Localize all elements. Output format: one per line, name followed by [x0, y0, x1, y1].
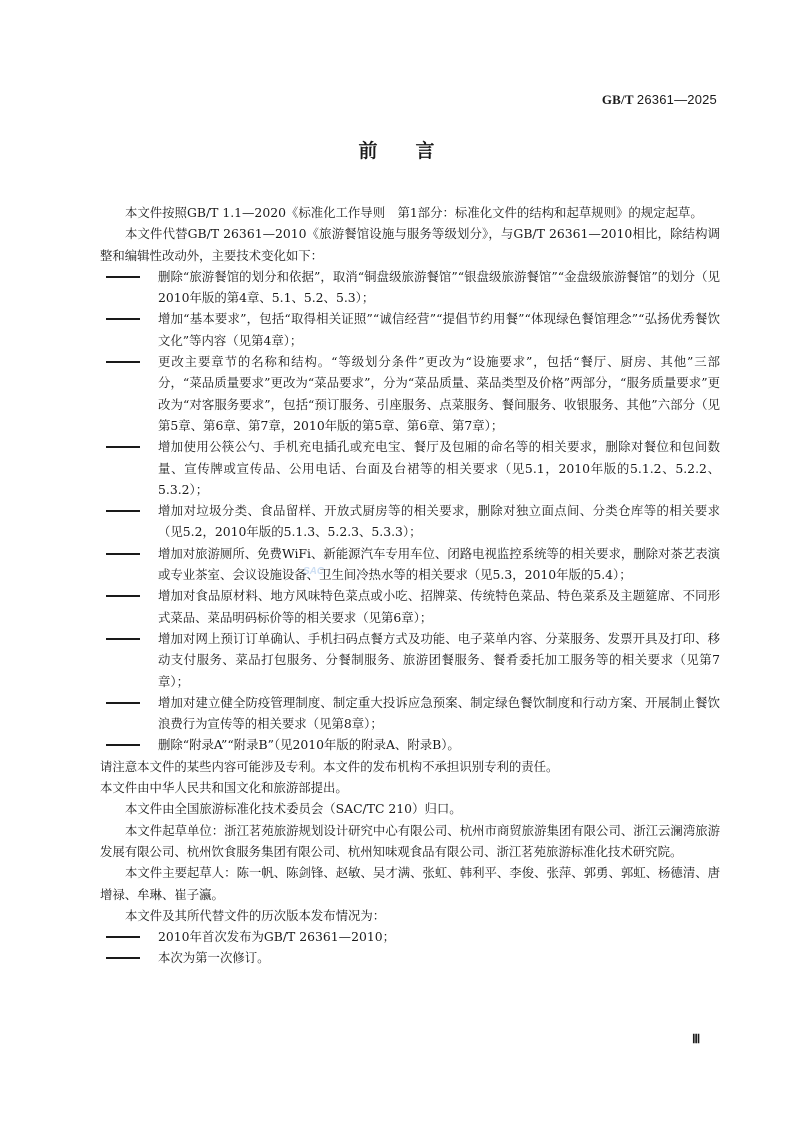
dash-bullet-icon [106, 595, 140, 597]
list-item: 增加使用公筷公勺、手机充电插孔或充电宝、餐厅及包厢的命名等的相关要求，删除对餐位… [106, 436, 720, 500]
list-item: 删除“附录A”“附录B”（见2010年版的附录A、附录B）。 [106, 734, 720, 755]
dash-bullet-icon [106, 936, 140, 938]
page-title: 前言 [0, 136, 793, 163]
list-item: 增加对旅游厕所、免费WiFi、新能源汽车专用车位、闭路电视监控系统等的相关要求，… [106, 543, 720, 586]
page-number: Ⅲ [692, 1032, 700, 1047]
list-item: 更改主要章节的名称和结构。“等级划分条件”更改为“设施要求”，包括“餐厅、厨房、… [106, 351, 720, 436]
standard-prefix: GB/T [602, 92, 634, 107]
paragraph-drafting-rules: 本文件按照GB/T 1.1—2020《标准化工作导则 第1部分：标准化文件的结构… [100, 202, 720, 223]
foreword-body: 本文件按照GB/T 1.1—2020《标准化工作导则 第1部分：标准化文件的结构… [100, 202, 720, 969]
dash-bullet-icon [106, 510, 140, 512]
list-item: 增加“基本要求”，包括“取得相关证照”“诚信经营”“提倡节约用餐”“体现绿色餐馆… [106, 308, 720, 351]
drafters: 本文件主要起草人：陈一帆、陈剑锋、赵敏、吴才满、张虹、韩利平、李俊、张萍、郭勇、… [100, 862, 720, 905]
list-item: 2010年首次发布为GB/T 26361—2010； [106, 926, 720, 947]
dash-bullet-icon [106, 638, 140, 640]
dash-bullet-icon [106, 702, 140, 704]
list-item: 本次为第一次修订。 [106, 947, 720, 968]
list-item: 增加对建立健全防疫管理制度、制定重大投诉应急预案、制定绿色餐饮制度和行动方案、开… [106, 692, 720, 735]
dash-bullet-icon [106, 744, 140, 746]
history-list: 2010年首次发布为GB/T 26361—2010； 本次为第一次修订。 [100, 926, 720, 969]
list-item: 增加对网上预订订单确认、手机扫码点餐方式及功能、电子菜单内容、分菜服务、发票开具… [106, 628, 720, 692]
dash-bullet-icon [106, 361, 140, 363]
committee-statement: 本文件由全国旅游标准化技术委员会（SAC/TC 210）归口。 [100, 798, 720, 819]
proposer-statement: 本文件由中华人民共和国文化和旅游部提出。 [100, 777, 720, 798]
dash-bullet-icon [106, 276, 140, 278]
patent-notice: 请注意本文件的某些内容可能涉及专利。本文件的发布机构不承担识别专利的责任。 [100, 756, 720, 777]
list-item: 删除“旅游餐馆的划分和依据”，取消“铜盘级旅游餐馆”“银盘级旅游餐馆”“金盘级旅… [106, 266, 720, 309]
list-item: 增加对食品原材料、地方风味特色菜点或小吃、招牌菜、传统特色菜品、特色菜系及主题筵… [106, 585, 720, 628]
dash-bullet-icon [106, 318, 140, 320]
dash-bullet-icon [106, 446, 140, 448]
changes-list: 删除“旅游餐馆的划分和依据”，取消“铜盘级旅游餐馆”“银盘级旅游餐馆”“金盘级旅… [100, 266, 720, 756]
list-item: 增加对垃圾分类、食品留样、开放式厨房等的相关要求，删除对独立面点间、分类仓库等的… [106, 500, 720, 543]
dash-bullet-icon [106, 957, 140, 959]
paragraph-replaces: 本文件代替GB/T 26361—2010《旅游餐馆设施与服务等级划分》，与GB/… [100, 223, 720, 266]
dash-bullet-icon [106, 553, 140, 555]
history-intro: 本文件及其所代替文件的历次版本发布情况为： [100, 905, 720, 926]
standard-code: GB/T 26361—2025 [602, 92, 717, 108]
standard-number: 26361—2025 [637, 92, 717, 107]
drafting-units: 本文件起草单位：浙江茗苑旅游规划设计研究中心有限公司、杭州市商贸旅游集团有限公司… [100, 820, 720, 863]
